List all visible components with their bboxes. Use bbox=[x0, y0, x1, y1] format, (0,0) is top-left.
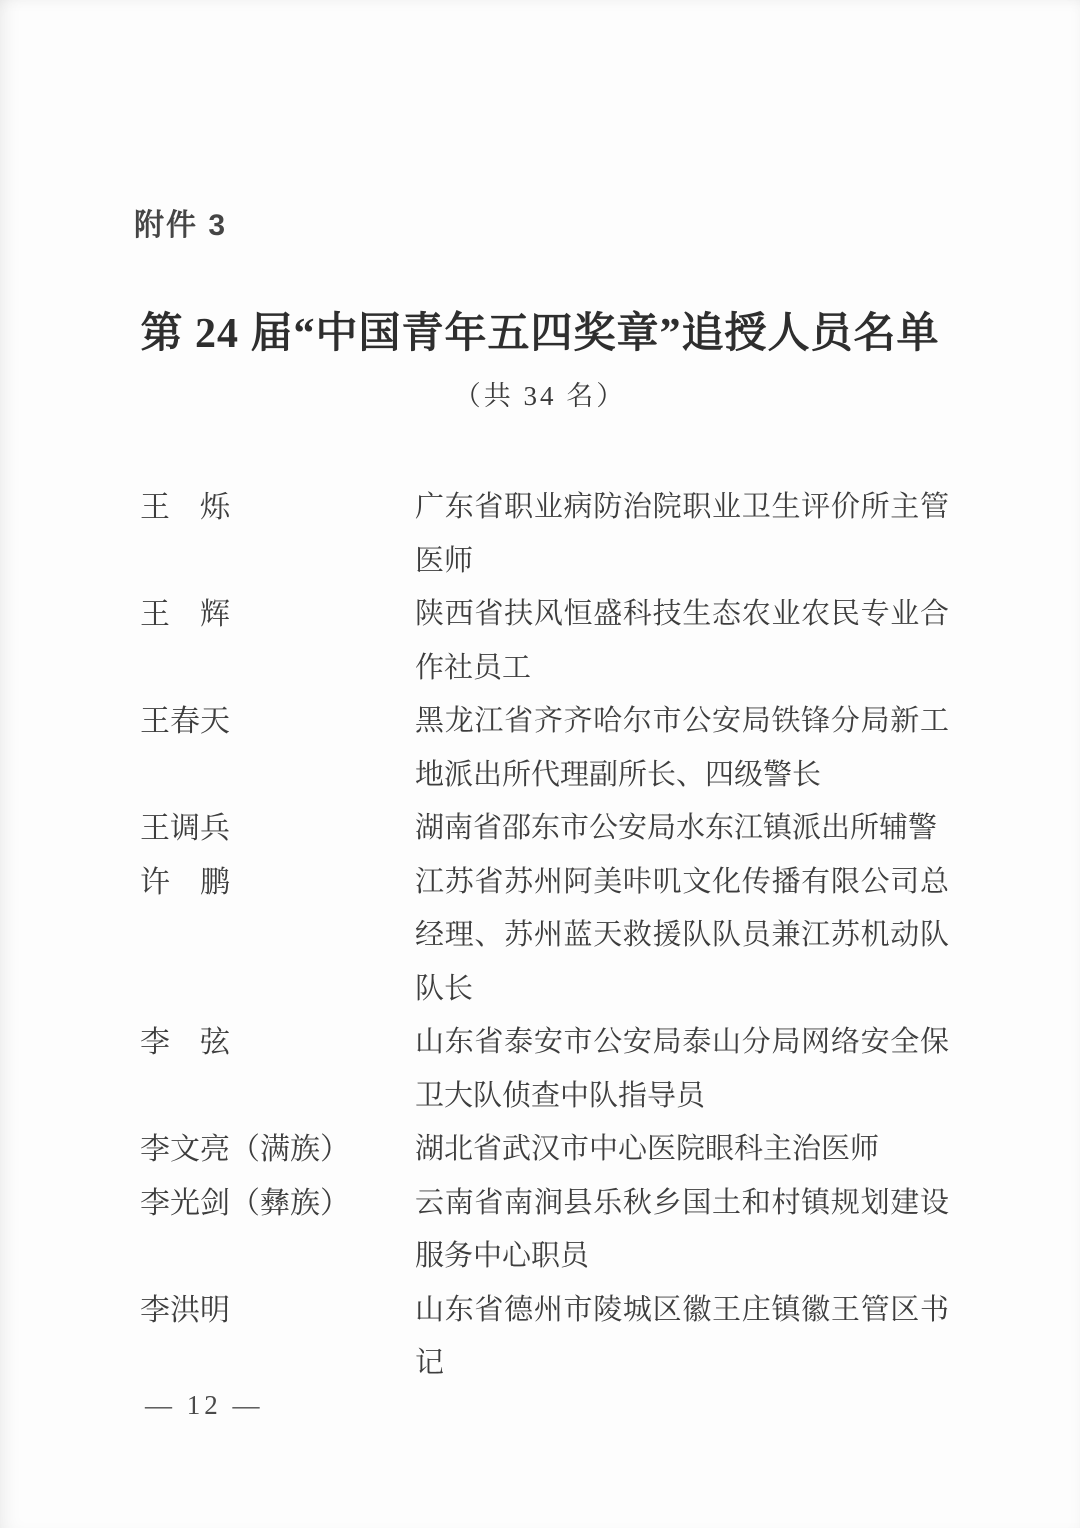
awardee-entry: 王调兵 湖南省邵东市公安局水东江镇派出所辅警 bbox=[140, 802, 952, 856]
awardee-name: 许 鹏 bbox=[140, 856, 415, 910]
awardee-name: 李洪明 bbox=[140, 1284, 415, 1338]
page-number: — 12 — bbox=[145, 1390, 264, 1421]
awardee-entry: 李洪明 山东省德州市陵城区徽王庄镇徽王管区书记 bbox=[140, 1284, 952, 1391]
document-subtitle: （共 34 名） bbox=[0, 374, 1080, 413]
awardee-description: 山东省德州市陵城区徽王庄镇徽王管区书记 bbox=[415, 1284, 949, 1391]
awardee-description: 陕西省扶风恒盛科技生态农业农民专业合作社员工 bbox=[415, 588, 949, 695]
awardee-entry: 许 鹏 江苏省苏州阿美咔叽文化传播有限公司总经理、苏州蓝天救援队队员兼江苏机动队… bbox=[140, 856, 952, 1017]
document-page: 附件 3 第 24 届“中国青年五四奖章”追授人员名单 （共 34 名） 王 烁… bbox=[0, 0, 1080, 1528]
awardee-description: 云南省南涧县乐秋乡国土和村镇规划建设服务中心职员 bbox=[415, 1177, 949, 1284]
awardee-entry: 李 弦 山东省泰安市公安局泰山分局网络安全保卫大队侦查中队指导员 bbox=[140, 1016, 952, 1123]
awardee-list: 王 烁 广东省职业病防治院职业卫生评价所主管医师 王 辉 陕西省扶风恒盛科技生态… bbox=[140, 481, 952, 1391]
awardee-entry: 李文亮（满族） 湖北省武汉市中心医院眼科主治医师 bbox=[140, 1123, 952, 1177]
awardee-description: 湖北省武汉市中心医院眼科主治医师 bbox=[415, 1123, 949, 1177]
awardee-entry: 王春天 黑龙江省齐齐哈尔市公安局铁锋分局新工地派出所代理副所长、四级警长 bbox=[140, 695, 952, 802]
awardee-description: 山东省泰安市公安局泰山分局网络安全保卫大队侦查中队指导员 bbox=[415, 1016, 949, 1123]
awardee-name: 王调兵 bbox=[140, 802, 415, 856]
awardee-name: 李 弦 bbox=[140, 1016, 415, 1070]
attachment-label: 附件 3 bbox=[134, 200, 227, 244]
awardee-name: 李光剑（彝族） bbox=[140, 1177, 415, 1231]
awardee-description: 江苏省苏州阿美咔叽文化传播有限公司总经理、苏州蓝天救援队队员兼江苏机动队队长 bbox=[415, 856, 949, 1017]
awardee-name: 李文亮（满族） bbox=[140, 1123, 415, 1177]
awardee-entry: 王 辉 陕西省扶风恒盛科技生态农业农民专业合作社员工 bbox=[140, 588, 952, 695]
awardee-description: 湖南省邵东市公安局水东江镇派出所辅警 bbox=[415, 802, 949, 856]
awardee-description: 黑龙江省齐齐哈尔市公安局铁锋分局新工地派出所代理副所长、四级警长 bbox=[415, 695, 949, 802]
awardee-entry: 王 烁 广东省职业病防治院职业卫生评价所主管医师 bbox=[140, 481, 952, 588]
awardee-description: 广东省职业病防治院职业卫生评价所主管医师 bbox=[415, 481, 949, 588]
awardee-name: 王 辉 bbox=[140, 588, 415, 642]
document-title: 第 24 届“中国青年五四奖章”追授人员名单 bbox=[0, 300, 1080, 360]
awardee-name: 王 烁 bbox=[140, 481, 415, 535]
awardee-name: 王春天 bbox=[140, 695, 415, 749]
awardee-entry: 李光剑（彝族） 云南省南涧县乐秋乡国土和村镇规划建设服务中心职员 bbox=[140, 1177, 952, 1284]
